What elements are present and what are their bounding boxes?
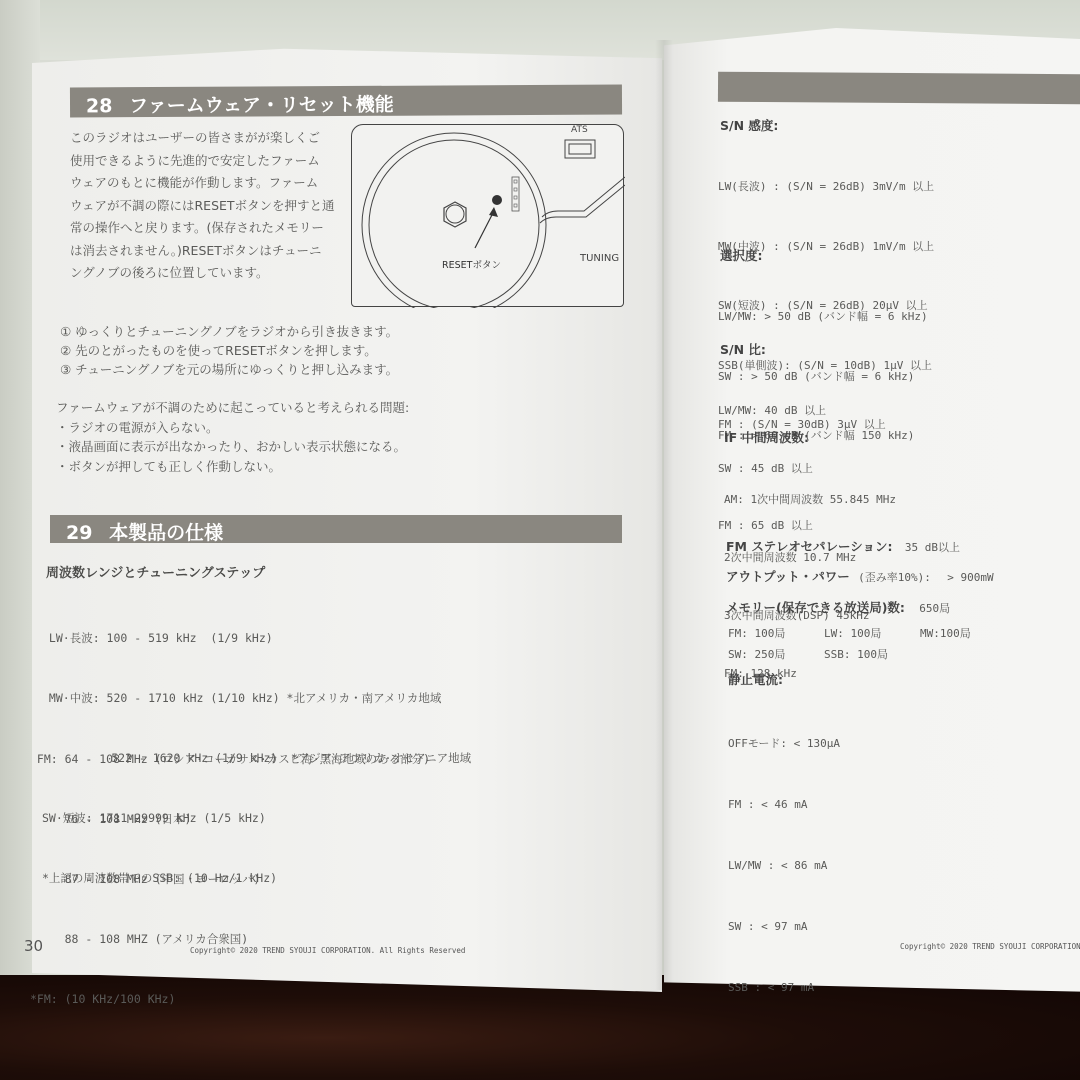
tuning-knob-illustration [352,125,625,308]
book-spine [655,40,673,990]
intro-line: 使用できるように先進的で安定したファーム [70,150,350,173]
fm-line: FM: 64 - 108 MHz (ロシア·コーカサス·カスピ海·黒海地域のある… [30,749,430,769]
fm-line: *FM: (10 KHz/100 KHz) [30,989,430,1009]
freq-line: LW·長波: 100 - 519 kHz (1/9 kHz) [42,628,471,648]
spec-row: OFFモード: < 130μA [728,732,840,755]
spec-row: LW/MW: 40 dB 以上 [718,401,826,421]
section-29-header: 29 本製品の仕様 [50,515,622,543]
section-title: ファームウェア・リセット機能 [129,94,394,117]
step-item: ③ チューニングノブを元の場所にゆっくりと押し込みます。 [60,360,398,379]
fm-range-list: FM: 64 - 108 MHz (ロシア·コーカサス·カスピ海·黒海地域のある… [30,709,430,1049]
intro-line: ングノブの後ろに位置しています。 [70,262,350,285]
memory-label: メモリー(保存できる放送局)数: [726,600,905,615]
memory-cell: LW: 100局 [824,623,920,644]
fm-stereo-separation: FM ステレオセパレーション: 35 dB以上 [726,537,960,555]
firmware-reset-intro: このラジオはユーザーの皆さまがが楽しくご 使用できるように先進的で安定したファー… [70,127,350,285]
photo-scene: 28 ファームウェア・リセット機能 このラジオはユーザーの皆さまがが楽しくご 使… [0,0,1080,1080]
intro-line: ウェアが不調の際にはRESETボタンを押すと通 [70,195,350,218]
selectivity-heading: 選択度: [720,246,763,264]
intro-line: は消去されません。)RESETボタンはチューニ [70,240,350,263]
copyright-right: Copyright© 2020 TREND SYOUJI CORPORATION… [900,942,1080,951]
reset-steps-list: ① ゆっくりとチューニングノブをラジオから引き抜きます。 ② 先のとがったものを… [60,322,398,379]
spec-row: SSB : < 97 mA [728,976,840,999]
spec-row: SW : < 97 mA [728,915,840,938]
intro-line: 常の操作へと戻ります。(保存されたメモリー [70,217,350,240]
stereo-value: 35 dB以上 [905,541,960,554]
spec-row: FM : < 46 mA [728,793,840,816]
radio-reset-diagram: ATS RESETボタン TUNING [351,124,624,307]
spec-row: AM: 1次中間周波数 55.845 MHz [724,490,896,510]
copyright-left: Copyright© 2020 TREND SYOUJI CORPORATION… [190,946,465,955]
memory-row: SW: 250局 SSB: 100局 [728,644,971,665]
memory-list: FM: 100局 LW: 100局 MW:100局 SW: 250局 SSB: … [728,623,971,665]
problem-item: ・ラジオの電源が入らない。 [56,418,409,438]
problems-title: ファームウェアが不調のために起こっていると考えられる問題: [56,398,409,418]
section-number: 29 [66,522,92,544]
output-power: アウトプット・パワー (歪み率10%): > 900mW [726,567,994,585]
if-frequency-heading: IF 中間周波数: [724,428,809,446]
intro-line: このラジオはユーザーの皆さまがが楽しくご [70,127,350,150]
output-power-label: アウトプット・パワー [726,569,850,584]
fm-line: 87 - 108 MHz (中国・ヨーロッパ) [30,869,430,889]
problems-list: ファームウェアが不調のために起こっていると考えられる問題: ・ラジオの電源が入ら… [56,398,409,476]
freq-line: MW·中波: 520 - 1710 kHz (1/10 kHz) *北アメリカ・… [42,688,471,708]
memory-cell: SSB: 100局 [824,644,888,665]
ats-label: ATS [571,125,588,135]
sn-ratio-heading: S/N 比: [720,340,766,358]
output-power-note: (歪み率10%): [858,571,931,584]
memory-value: 650局 [919,602,950,615]
problem-item: ・液晶画面に表示が出なかったり、おかしい表示状態になる。 [56,437,409,457]
fm-line: 76 - 108 MHz (日本) [30,809,430,829]
spec-row: LW/MW : < 86 mA [728,854,840,877]
step-item: ② 先のとがったものを使ってRESETボタンを押します。 [60,341,398,360]
spec-row: LW/MW: > 50 dB (バンド幅 = 6 kHz) [718,306,928,328]
output-power-value: > 900mW [947,571,993,584]
stereo-label: FM ステレオセパレーション: [726,539,892,554]
quiescent-current-list: OFFモード: < 130μA FM : < 46 mA LW/MW : < 8… [728,694,840,1037]
problem-item: ・ボタンが押しても正しく作動しない。 [56,457,409,477]
memory-cell: MW:100局 [920,623,971,644]
spec-row: LW(長波) : (S/N = 26dB) 3mV/m 以上 [718,176,934,198]
page-number: 30 [24,937,43,955]
sn-sensitivity-heading: S/N 感度: [720,116,778,134]
step-item: ① ゆっくりとチューニングノブをラジオから引き抜きます。 [60,322,398,341]
memory-heading: メモリー(保存できる放送局)数: 650局 [726,598,950,616]
right-section-header [718,72,1080,105]
memory-cell: FM: 100局 [728,623,824,644]
intro-line: ウェアのもとに機能が作動します。ファーム [70,172,350,195]
frequency-range-heading: 周波数レンジとチューニングステップ [46,562,265,581]
memory-cell: SW: 250局 [728,644,824,665]
memory-row: FM: 100局 LW: 100局 MW:100局 [728,623,971,644]
section-28-header: 28 ファームウェア・リセット機能 [70,85,622,118]
tuning-label: TUNING [580,253,619,264]
quiescent-current-heading: 静止電流: [728,670,783,688]
section-number: 28 [86,95,113,117]
reset-button-label: RESETボタン [442,257,501,271]
section-title: 本製品の仕様 [109,522,223,544]
